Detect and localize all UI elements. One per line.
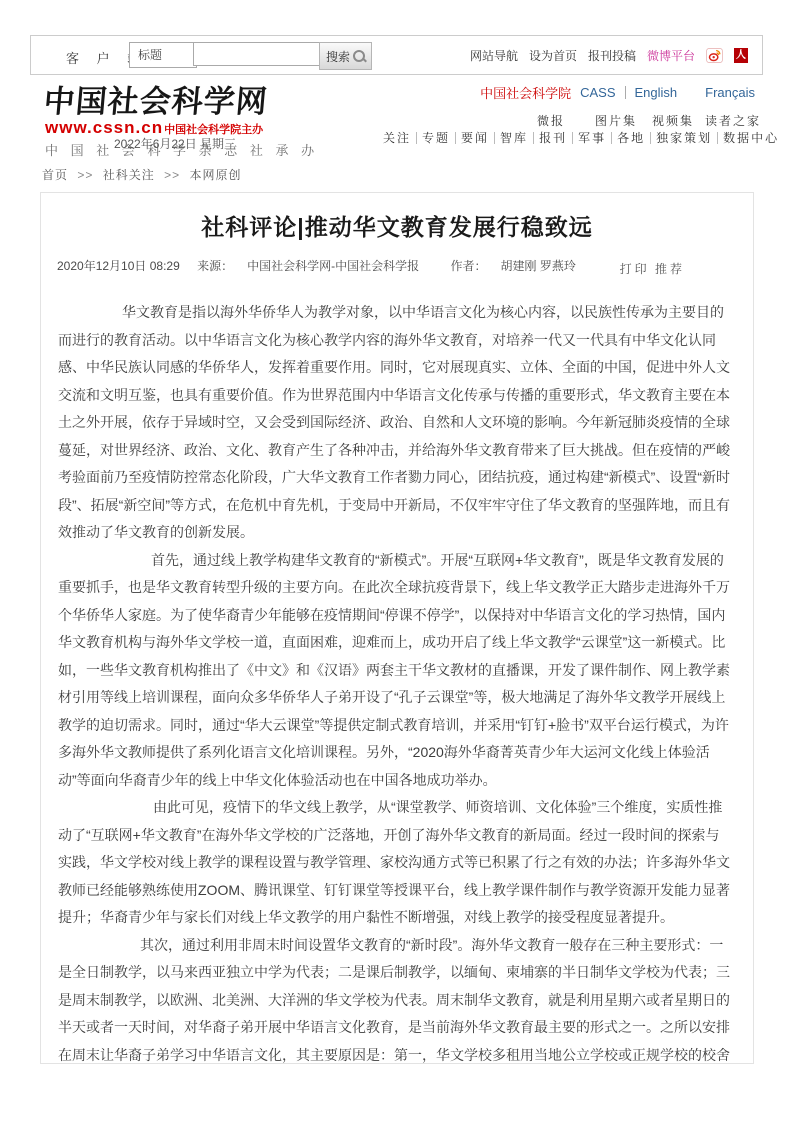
- nav-item-zhuanti[interactable]: 专题: [422, 129, 450, 146]
- cass-en-link[interactable]: CASS: [580, 85, 615, 100]
- top-search-bar: 客 户 端 标题 搜索 网站导航 设为首页 报刊投稿 微博平台 人: [30, 35, 763, 75]
- nav-item-weibao[interactable]: 微报: [537, 112, 565, 129]
- divider: [455, 132, 456, 144]
- nav-item-readers-home[interactable]: 读者之家: [705, 112, 761, 129]
- topbar-links: 网站导航 设为首页 报刊投稿 微博平台 人: [470, 47, 748, 64]
- divider: [717, 132, 718, 144]
- article-date: 2020年12月10日 08:29: [57, 259, 180, 273]
- article-title: 社科评论|推动华文教育发展行稳致远: [61, 209, 733, 242]
- divider: [625, 86, 626, 99]
- divider: [572, 132, 573, 144]
- article-container: 社科评论|推动华文教育发展行稳致远 2020年12月10日 08:29 来源：中…: [40, 192, 754, 1064]
- divider: [611, 132, 612, 144]
- date-line: 2022年6月22日 星期三: [114, 135, 236, 152]
- nav-item-video-gallery[interactable]: 视频集: [652, 112, 694, 129]
- nav-item-yaowen[interactable]: 要闻: [461, 129, 489, 146]
- nav-item-baokan[interactable]: 报刊: [539, 129, 567, 146]
- recommend-button[interactable]: 推荐: [655, 262, 685, 276]
- nav-item-gedi[interactable]: 各地: [617, 129, 645, 146]
- site-header: 中国社会科学网 www.cssn.cn中国社会科学院主办 中 国 社 会 科 学…: [0, 74, 793, 166]
- article-paragraph: 首先，通过线上教学构建华文教育的“新模式”。开展“互联网+华文教育”，既是华文教…: [58, 547, 733, 795]
- cass-cn-link[interactable]: 中国社会科学院: [480, 83, 571, 102]
- breadcrumb-separator: >>: [77, 168, 93, 182]
- lang-link-english[interactable]: English: [635, 85, 678, 100]
- nav-item-guanzhu[interactable]: 关注: [383, 129, 411, 146]
- article-paragraph: 其次，通过利用非周末时间设置华文教育的“新时段”。海外华文教育一般存在三种主要形…: [58, 932, 733, 1065]
- nav-item-zhiku[interactable]: 智库: [500, 129, 528, 146]
- divider: [494, 132, 495, 144]
- search-button[interactable]: 搜索: [319, 42, 372, 70]
- article-paragraph: 由此可见，疫情下的华文线上教学，从“课堂教学、师资培训、文化体验”三个维度，实质…: [58, 794, 733, 932]
- search-category-select[interactable]: 标题: [129, 42, 197, 68]
- source-value: 中国社会科学网-中国社会科学报: [247, 259, 419, 273]
- nav-item-junshi[interactable]: 军事: [578, 129, 606, 146]
- main-nav: 关注 专题 要闻 智库 报刊 军事 各地 独家策划 数据中心: [383, 129, 757, 146]
- article-actions: 打印 推荐: [618, 260, 685, 277]
- search-button-label: 搜索: [326, 48, 350, 65]
- article-author: 作者：胡建刚 罗燕玲: [450, 259, 589, 273]
- topbar-link-site-nav[interactable]: 网站导航: [470, 47, 518, 64]
- header-links: 中国社会科学院 CASS English Français: [480, 83, 755, 102]
- breadcrumb-shekeguanzhu[interactable]: 社科关注: [103, 168, 155, 182]
- search-input[interactable]: [193, 42, 321, 66]
- source-label: 来源：: [197, 259, 233, 273]
- breadcrumb: 首页 >> 社科关注 >> 本网原创: [42, 166, 241, 183]
- article-meta: 2020年12月10日 08:29 来源：中国社会科学网-中国社会科学报 作者：…: [41, 257, 753, 274]
- divider: [416, 132, 417, 144]
- topbar-link-set-homepage[interactable]: 设为首页: [529, 47, 577, 64]
- site-logo[interactable]: 中国社会科学网: [42, 76, 270, 121]
- nav-item-shujuzhongxin[interactable]: 数据中心: [723, 129, 779, 146]
- print-button[interactable]: 打印: [620, 262, 650, 276]
- breadcrumb-home[interactable]: 首页: [42, 168, 68, 182]
- article-source: 来源：中国社会科学网-中国社会科学报: [197, 259, 433, 273]
- divider: [650, 132, 651, 144]
- people-icon[interactable]: 人: [734, 48, 748, 63]
- weibo-icon[interactable]: [706, 48, 723, 63]
- breadcrumb-benwangyuanchuang[interactable]: 本网原创: [189, 168, 241, 182]
- topbar-link-submission[interactable]: 报刊投稿: [588, 47, 636, 64]
- nav-item-dujiacehua[interactable]: 独家策划: [656, 129, 712, 146]
- author-label: 作者：: [450, 259, 486, 273]
- article-paragraph: 华文教育是指以海外华侨华人为教学对象，以中华语言文化为核心内容，以民族性传承为主…: [58, 299, 733, 547]
- search-icon: [352, 49, 367, 64]
- author-value: 胡建刚 罗燕玲: [500, 259, 575, 273]
- divider: [533, 132, 534, 144]
- lang-link-francais[interactable]: Français: [705, 85, 755, 100]
- nav-item-photo-gallery[interactable]: 图片集: [595, 112, 637, 129]
- topbar-link-weibo-platform[interactable]: 微博平台: [647, 47, 695, 64]
- article-body: 华文教育是指以海外华侨华人为教学对象，以中华语言文化为核心内容，以民族性传承为主…: [41, 299, 753, 1064]
- breadcrumb-separator: >>: [164, 168, 180, 182]
